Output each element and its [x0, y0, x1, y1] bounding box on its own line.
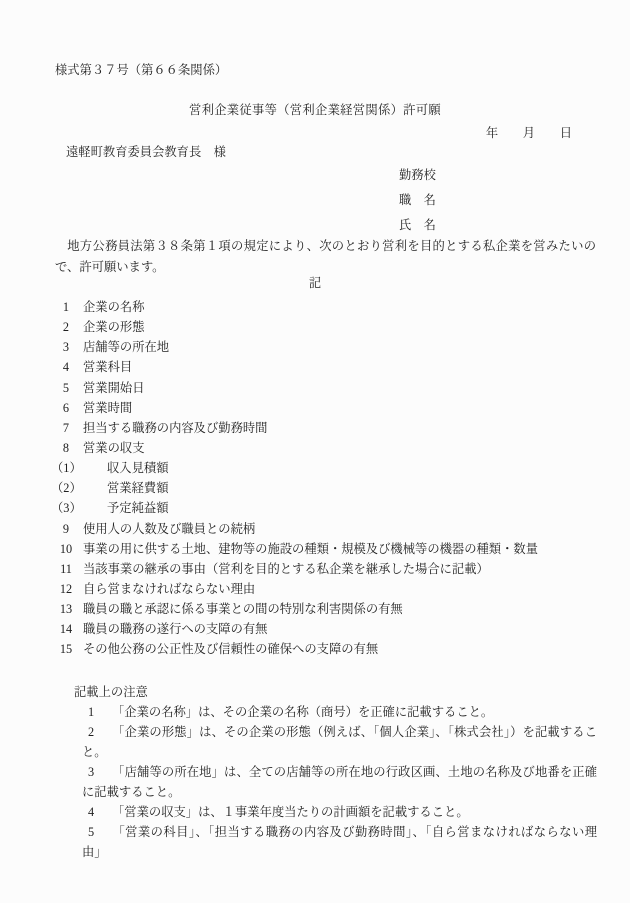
work-school-label: 勤務校: [399, 163, 436, 188]
list-item-text: 企業の形態: [83, 317, 145, 337]
list-item-number: 2: [55, 317, 77, 337]
list-item: 5営業開始日: [55, 378, 599, 398]
list-subitem-text: 予定純益額: [107, 498, 169, 518]
list-item-number: 8: [55, 438, 77, 458]
document-title: 営利企業従事等（営利企業経営関係）許可願: [0, 104, 630, 116]
list-item-text: 事業の用に供する土地、建物等の施設の種類・規模及び機械等の機器の種類・数量: [83, 539, 538, 559]
list-subitem-number: （2）: [51, 478, 107, 498]
list-item: 12自ら営まなければならない理由: [55, 579, 599, 599]
note-number: 2: [88, 722, 112, 742]
job-title-label: 職 名: [399, 188, 436, 213]
note-number: 4: [88, 802, 112, 822]
date-line: 年 月 日: [486, 127, 572, 139]
notes-section: 記載上の注意 1「企業の名称」は、その企業の名称（商号）を正確に記載すること。 …: [82, 682, 597, 862]
list-subitem: （3）予定純益額: [51, 498, 599, 518]
list-subitem-text: 営業経費額: [107, 478, 169, 498]
form-number: 様式第３７号（第６６条関係）: [55, 64, 227, 76]
list-item-number: 9: [55, 519, 77, 539]
note-text: 「店舗等の所在地」は、全ての店舗等の所在地の行政区画、土地の名称及び地番を正確に…: [82, 765, 597, 799]
list-item-text: その他公務の公正性及び信頼性の確保への支障の有無: [83, 639, 378, 659]
ki-label: 記: [0, 277, 630, 289]
list-item-text: 職員の職務の遂行への支障の有無: [83, 619, 267, 639]
signature-block: 勤務校 職 名 氏 名: [399, 163, 436, 238]
list-item-number: 12: [55, 579, 77, 599]
list-item: 10事業の用に供する土地、建物等の施設の種類・規模及び機械等の機器の種類・数量: [55, 539, 599, 559]
list-item: 13職員の職と承認に係る事業との間の特別な利害関係の有無: [55, 599, 599, 619]
addressee-line: 遠軽町教育委員会教育長 様: [66, 146, 226, 158]
list-item: 9使用人の人数及び職員との続柄: [55, 519, 599, 539]
note-item: 4「営業の収支」は、１事業年度当たりの計画額を記載すること。: [82, 802, 597, 822]
notes-heading: 記載上の注意: [74, 682, 597, 702]
note-text: 「企業の形態」は、その企業の形態（例えば、「個人企業」、「株式会社」）を記載する…: [82, 725, 597, 759]
list-item: 4営業科目: [55, 357, 599, 377]
list-item-number: 7: [55, 418, 77, 438]
list-item-text: 職員の職と承認に係る事業との間の特別な利害関係の有無: [83, 599, 403, 619]
note-text: 「営業の科目」、「担当する職務の内容及び勤務時間」、「自ら営まなければならない理…: [82, 825, 597, 859]
list-item-text: 自ら営まなければならない理由: [83, 579, 255, 599]
note-item: 5「営業の科目」、「担当する職務の内容及び勤務時間」、「自ら営まなければならない…: [82, 822, 597, 862]
note-text: 「企業の名称」は、その企業の名称（商号）を正確に記載すること。: [112, 705, 493, 719]
list-item: 8営業の収支: [55, 438, 599, 458]
list-item-text: 営業の収支: [83, 438, 145, 458]
list-item-number: 1: [55, 297, 77, 317]
list-item-number: 13: [55, 599, 77, 619]
list-item: 11当該事業の継承の事由（営利を目的とする私企業を継承した場合に記載）: [55, 559, 599, 579]
document-page: 様式第３７号（第６６条関係） 営利企業従事等（営利企業経営関係）許可願 年 月 …: [0, 0, 630, 903]
list-item-number: 10: [55, 539, 77, 559]
list-item: 3店舗等の所在地: [55, 337, 599, 357]
list-subitem: （1）収入見積額: [51, 458, 599, 478]
note-text: 「営業の収支」は、１事業年度当たりの計画額を記載すること。: [112, 805, 469, 819]
list-subitem-number: （1）: [51, 458, 107, 478]
list-item: 14職員の職務の遂行への支障の有無: [55, 619, 599, 639]
note-number: 3: [88, 762, 112, 782]
list-subitem-number: （3）: [51, 498, 107, 518]
body-paragraph: 地方公務員法第３８条第１項の規定により、次のとおり営利を目的とする私企業を営みた…: [55, 236, 596, 277]
list-item: 6営業時間: [55, 398, 599, 418]
list-item-text: 営業開始日: [83, 378, 145, 398]
list-subitem-text: 収入見積額: [107, 458, 169, 478]
note-item: 2「企業の形態」は、その企業の形態（例えば、「個人企業」、「株式会社」）を記載す…: [82, 722, 597, 762]
list-item-text: 使用人の人数及び職員との続柄: [83, 519, 255, 539]
note-number: 1: [88, 702, 112, 722]
list-item-number: 5: [55, 378, 77, 398]
list-item-number: 6: [55, 398, 77, 418]
list-item-text: 企業の名称: [83, 297, 145, 317]
list-item-number: 14: [55, 619, 77, 639]
list-item: 2企業の形態: [55, 317, 599, 337]
note-number: 5: [88, 822, 112, 842]
list-subitem: （2）営業経費額: [51, 478, 599, 498]
name-label: 氏 名: [399, 213, 436, 238]
enumerated-list: 1企業の名称 2企業の形態 3店舗等の所在地 4営業科目 5営業開始日 6営業時…: [51, 297, 599, 660]
list-item: 1企業の名称: [55, 297, 599, 317]
list-item-number: 11: [55, 559, 77, 579]
list-item: 7担当する職務の内容及び勤務時間: [55, 418, 599, 438]
list-item-text: 営業時間: [83, 398, 132, 418]
note-item: 1「企業の名称」は、その企業の名称（商号）を正確に記載すること。: [82, 702, 597, 722]
list-item: 15その他公務の公正性及び信頼性の確保への支障の有無: [55, 639, 599, 659]
list-item-text: 店舗等の所在地: [83, 337, 169, 357]
list-item-number: 15: [55, 639, 77, 659]
list-item-number: 4: [55, 357, 77, 377]
note-item: 3「店舗等の所在地」は、全ての店舗等の所在地の行政区画、土地の名称及び地番を正確…: [82, 762, 597, 802]
list-item-text: 営業科目: [83, 357, 132, 377]
list-item-text: 当該事業の継承の事由（営利を目的とする私企業を継承した場合に記載）: [83, 559, 489, 579]
list-item-number: 3: [55, 337, 77, 357]
list-item-text: 担当する職務の内容及び勤務時間: [83, 418, 267, 438]
